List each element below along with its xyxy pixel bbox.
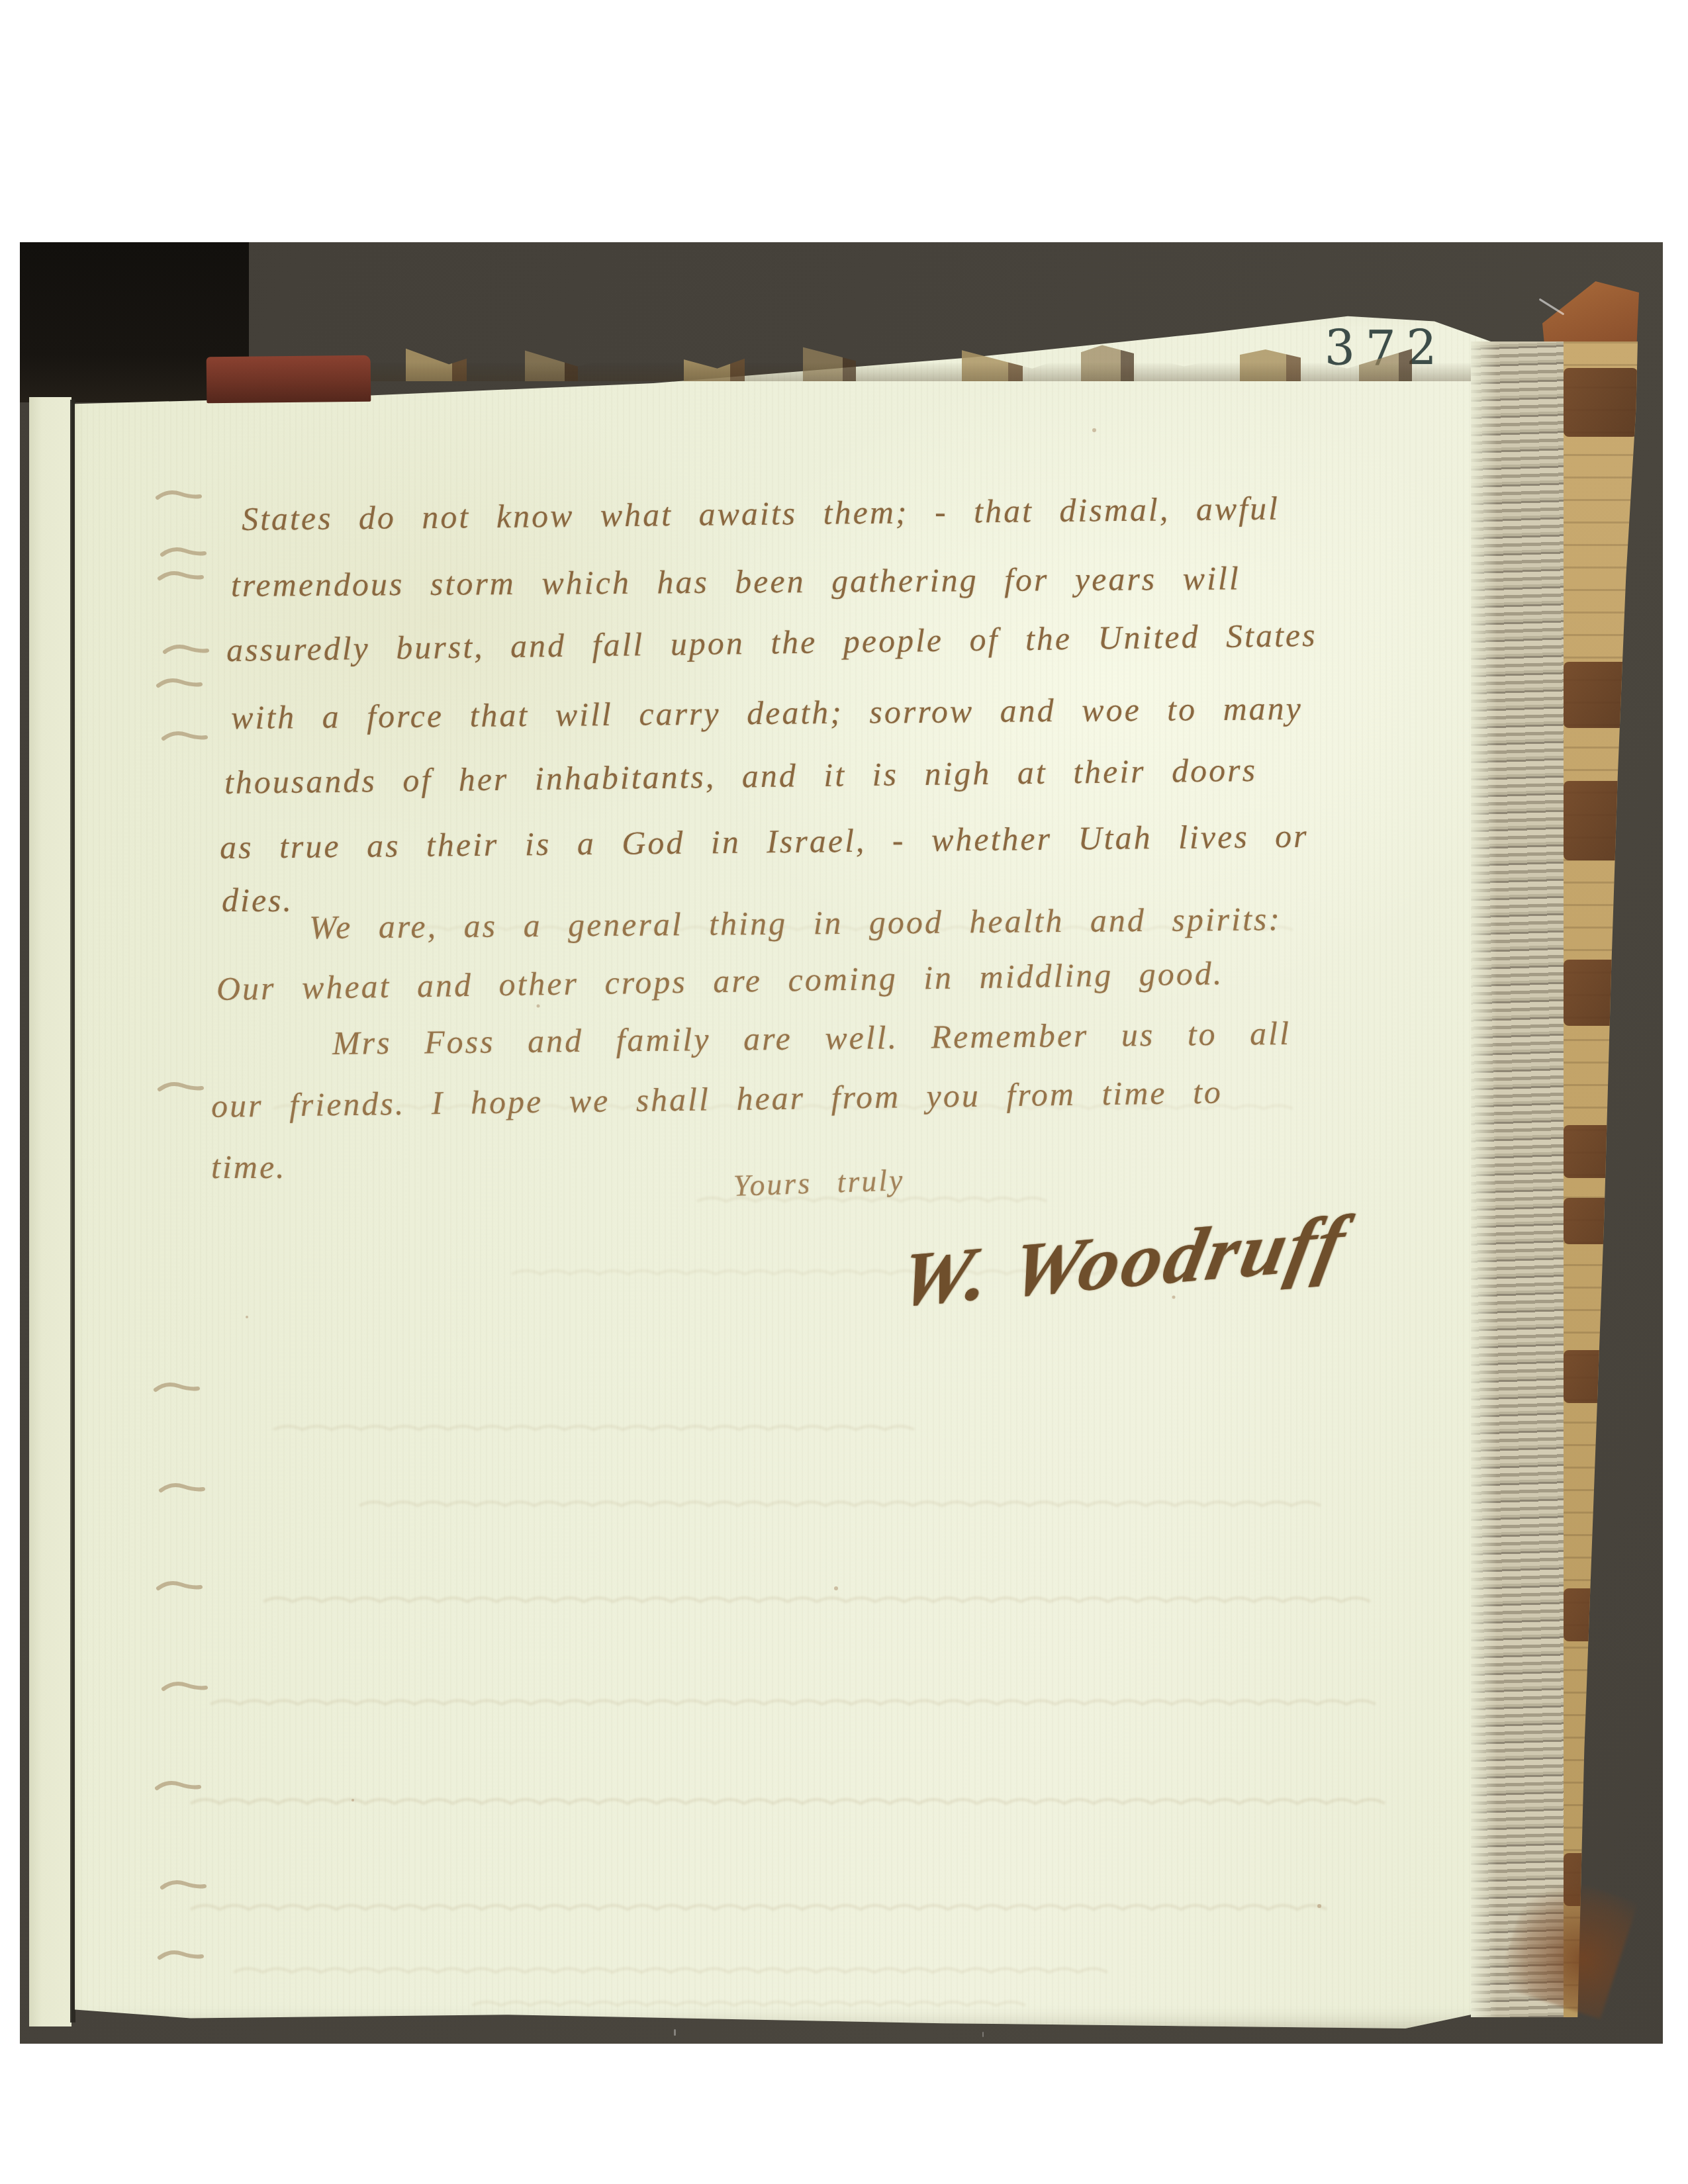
page-gutter-line <box>70 400 75 2023</box>
edge-damage-patch <box>1564 368 1638 437</box>
page-edge-streaks <box>1471 341 1571 2017</box>
letter-closing: Yours truly <box>733 1162 905 1203</box>
scan-speck <box>982 2032 984 2037</box>
manuscript-page: 372 States do not know what awaits them;… <box>75 311 1521 2028</box>
scanned-letterbook-page: 372 States do not know what awaits them;… <box>0 0 1688 2184</box>
binding-fragment <box>207 355 371 404</box>
letter-line-2: tremendous storm which has been gatherin… <box>231 559 1241 604</box>
letter-line-7: dies. <box>222 881 293 919</box>
facing-page-edge <box>29 397 71 2026</box>
scan-speck <box>674 2029 676 2036</box>
letter-line-12: time. <box>211 1148 287 1186</box>
